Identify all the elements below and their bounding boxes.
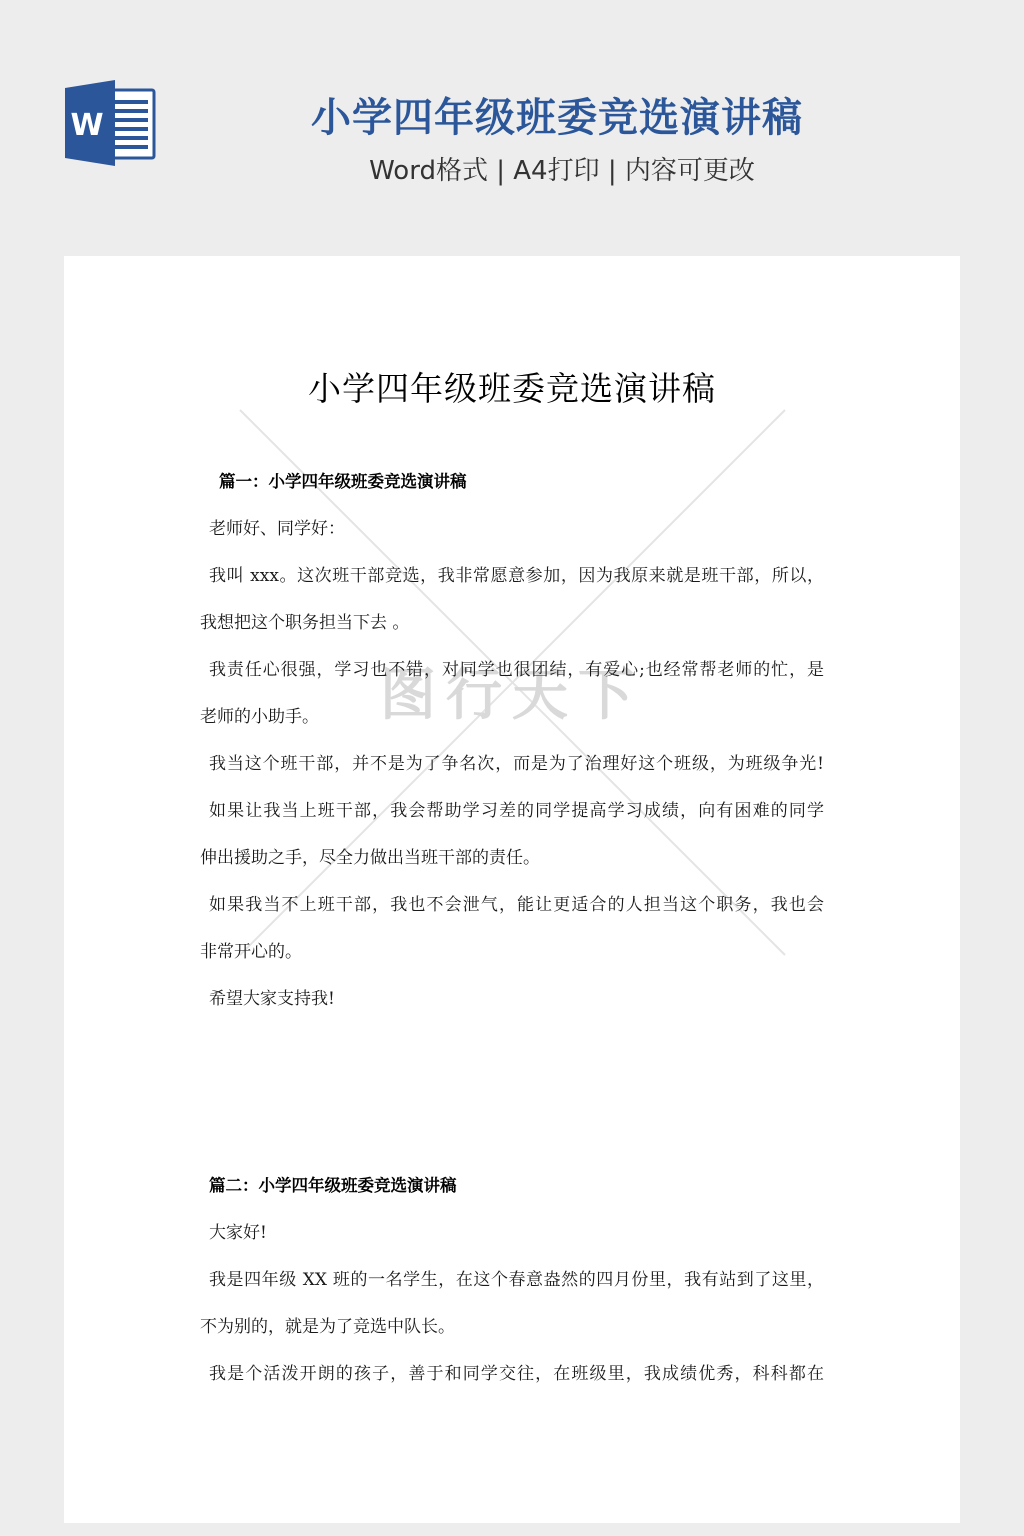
paragraph-line: 我叫 xxx。这次班干部竞选，我非常愿意参加，因为我原来就是班干部，所以， bbox=[209, 564, 824, 588]
section-heading-2: 篇二：小学四年级班委竞选演讲稿 bbox=[209, 1174, 457, 1198]
paragraph-line: 我是四年级 XX 班的一名学生，在这个春意盎然的四月份里，我有站到了这里， bbox=[209, 1268, 824, 1292]
paragraph-line: 我想把这个职务担当下去 。 bbox=[200, 611, 409, 635]
banner-subtitle: Word格式 | A4打印 | 内容可更改 bbox=[0, 154, 1024, 188]
paragraph-line: 我是个活泼开朗的孩子，善于和同学交往，在班级里，我成绩优秀，科科都在 bbox=[209, 1362, 824, 1386]
paragraph-line: 老师好、同学好： bbox=[209, 517, 345, 541]
paragraph-line: 如果我当不上班干部，我也不会泄气，能让更适合的人担当这个职务，我也会 bbox=[209, 893, 824, 917]
paragraph-line: 不为别的，就是为了竞选中队长。 bbox=[200, 1315, 455, 1339]
header-banner: W 小学四年级班委竞选演讲稿 Word格式 | A4打印 | 内容可更改 bbox=[0, 0, 1024, 256]
watermark: 图行天下 bbox=[64, 256, 960, 1523]
paragraph-line: 老师的小助手。 bbox=[200, 705, 319, 729]
paragraph-line: 我责任心很强，学习也不错，对同学也很团结，有爱心;也经常帮老师的忙，是 bbox=[209, 658, 824, 682]
paragraph-line: 如果让我当上班干部，我会帮助学习差的同学提高学习成绩，向有困难的同学 bbox=[209, 799, 824, 823]
section-heading-1: 篇一：小学四年级班委竞选演讲稿 bbox=[219, 470, 467, 494]
paragraph-line: 伸出援助之手，尽全力做出当班干部的责任。 bbox=[200, 846, 540, 870]
document-title: 小学四年级班委竞选演讲稿 bbox=[64, 364, 960, 414]
paragraph-line: 非常开心的。 bbox=[200, 940, 302, 964]
paragraph-line: 希望大家支持我! bbox=[209, 987, 335, 1011]
paragraph-line: 大家好! bbox=[209, 1221, 267, 1245]
paragraph-line: 我当这个班干部，并不是为了争名次，而是为了治理好这个班级，为班级争光! bbox=[209, 752, 824, 776]
banner-title: 小学四年级班委竞选演讲稿 bbox=[0, 94, 1024, 142]
document-page: 图行天下 小学四年级班委竞选演讲稿 篇一：小学四年级班委竞选演讲稿 老师好、同学… bbox=[64, 256, 960, 1523]
